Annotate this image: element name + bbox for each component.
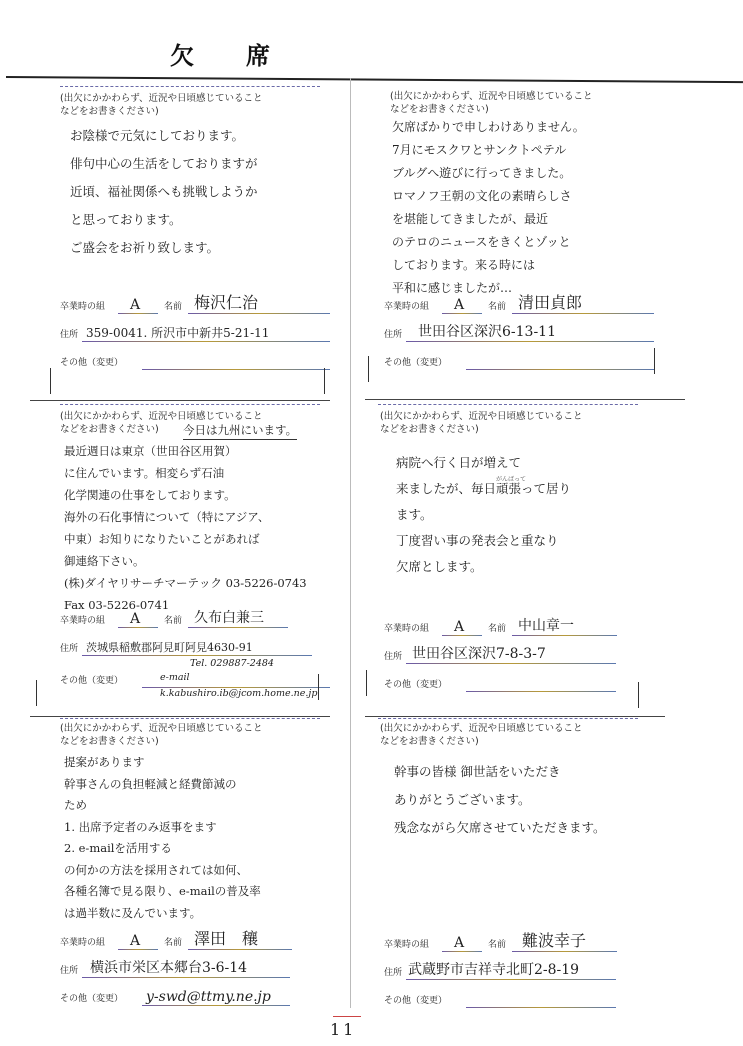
other-label: その他（変更） <box>384 993 447 1006</box>
response-card-kabushiro: (出欠にかかわらず、近況や日頃感じていること などをお書きください) 今日は九州… <box>40 404 340 714</box>
card-separator <box>30 716 330 717</box>
name-label: 名前 <box>164 613 182 626</box>
name-underline <box>512 635 617 636</box>
class-label: 卒業時の組 <box>384 299 429 312</box>
address-row: 住所 359-0041. 所沢市中新井5-21-11 <box>60 322 330 344</box>
name-value: 清田貞郎 <box>518 290 582 313</box>
address-underline <box>406 979 616 980</box>
card-prompt: (出欠にかかわらず、近況や日頃感じていること などをお書きください) <box>380 722 650 748</box>
card-message: お陰様で元気にしております。 俳句中心の生活をしておりますが 近頃、福祉関係へも… <box>70 122 332 262</box>
address-label: 住所 <box>60 963 78 976</box>
class-underline <box>118 627 158 628</box>
address-value: 横浜市栄区本郷台3-6-14 <box>90 957 247 977</box>
card-message: 幹事の皆様 御世話をいただき ありがとうございます。 残念ながら欠席させていただ… <box>394 758 656 842</box>
address-underline <box>82 341 330 342</box>
other-row: その他（変更） <box>384 988 654 1010</box>
name-underline <box>512 951 617 952</box>
card-corner-mark <box>318 674 319 700</box>
name-value: 久布白兼三 <box>194 607 264 627</box>
other-underline <box>466 691 616 692</box>
class-underline <box>118 313 158 314</box>
card-message: 欠席ばかりで申しわけありません。 7月にモスクワとサンクトペテル ブルグへ遊びに… <box>392 116 654 300</box>
card-corner-mark <box>36 680 37 706</box>
name-underline <box>512 313 654 314</box>
class-value: A <box>454 297 464 313</box>
class-underline <box>118 949 158 950</box>
address-value: 世田谷区深沢7-8-3-7 <box>412 643 546 663</box>
page-number: 11 <box>330 1020 356 1039</box>
name-value: 澤田 穰 <box>194 926 258 949</box>
address-underline <box>82 977 290 978</box>
response-card-sawada: (出欠にかかわらず、近況や日頃感じていること などをお書きください) 提案があり… <box>40 718 340 1018</box>
card-prompt: (出欠にかかわらず、近況や日頃感じていること などをお書きください) <box>380 410 650 436</box>
class-label: 卒業時の組 <box>60 935 105 948</box>
other-label: その他（変更） <box>60 673 123 686</box>
class-name-row: 卒業時の組 A 名前 清田貞郎 <box>384 294 654 316</box>
class-name-row: 卒業時の組 A 名前 久布白兼三 <box>60 608 330 630</box>
class-value: A <box>454 935 464 951</box>
card-corner-mark <box>638 682 639 708</box>
card-dashed-edge <box>378 404 638 405</box>
address-underline <box>82 655 312 656</box>
name-label: 名前 <box>488 299 506 312</box>
card-separator <box>30 400 330 401</box>
class-name-row: 卒業時の組 A 名前 梅沢仁治 <box>60 294 330 316</box>
name-value: 難波幸子 <box>522 928 586 951</box>
address-value: 359-0041. 所沢市中新井5-21-11 <box>86 324 269 341</box>
address-value: 茨城県稲敷郡阿見町阿見4630-91 <box>86 639 253 655</box>
card-corner-mark <box>50 368 51 394</box>
name-underline <box>188 949 292 950</box>
name-value: 梅沢仁治 <box>194 290 258 313</box>
name-label: 名前 <box>164 299 182 312</box>
address-label: 住所 <box>384 649 402 662</box>
column-divider <box>350 78 351 1008</box>
other-row: その他（変更） e-mail k.kabushiro.ib@jcom.home.… <box>60 668 330 690</box>
response-card-umezawa: (出欠にかかわらず、近況や日頃感じていること などをお書きください) お陰様で元… <box>40 86 340 386</box>
name-label: 名前 <box>488 937 506 950</box>
class-underline <box>442 635 482 636</box>
inline-note: 今日は九州にいます。 <box>183 422 297 440</box>
class-label: 卒業時の組 <box>384 621 429 634</box>
card-dashed-edge <box>60 404 320 405</box>
card-message: 最近週日は東京（世田谷区用賀） に住んでいます。相変らず石油 化学関連の仕事をし… <box>64 440 326 616</box>
address-row: 住所 世田谷区深沢7-8-3-7 <box>384 644 654 666</box>
card-corner-mark <box>324 368 325 394</box>
name-underline <box>188 313 330 314</box>
class-label: 卒業時の組 <box>60 613 105 626</box>
class-label: 卒業時の組 <box>60 299 105 312</box>
other-underline <box>466 1007 616 1008</box>
class-value: A <box>454 619 464 635</box>
other-row: その他（変更） y-swd@ttmy.ne.jp <box>60 986 330 1008</box>
card-separator <box>365 399 685 400</box>
card-message: 病院へ行く日が増えて 来ましたが、毎日頑張って居り ます。 丁度習い事の発表会と… <box>396 450 658 580</box>
class-underline <box>442 951 482 952</box>
card-prompt: (出欠にかかわらず、近況や日頃感じていること などをお書きください) <box>60 722 330 748</box>
class-name-row: 卒業時の組 A 名前 中山章一 <box>384 616 654 638</box>
name-underline <box>188 627 288 628</box>
address-value: 武蔵野市吉祥寺北町2-8-19 <box>408 959 579 979</box>
name-label: 名前 <box>164 935 182 948</box>
other-label: その他（変更） <box>60 355 123 368</box>
other-label: その他（変更） <box>384 677 447 690</box>
other-label: その他（変更） <box>60 991 123 1004</box>
address-label: 住所 <box>60 641 78 654</box>
card-corner-mark <box>366 670 367 696</box>
other-value: y-swd@ttmy.ne.jp <box>146 989 271 1005</box>
class-name-row: 卒業時の組 A 名前 難波幸子 <box>384 932 654 954</box>
address-underline <box>406 341 654 342</box>
name-value: 中山章一 <box>518 615 574 635</box>
page-number-mark <box>333 1016 361 1017</box>
page-title: 欠 席 <box>170 36 284 71</box>
name-label: 名前 <box>488 621 506 634</box>
other-row: その他（変更） <box>60 350 330 372</box>
class-label: 卒業時の組 <box>384 937 429 950</box>
card-corner-mark <box>368 356 369 382</box>
address-row: 住所 世田谷区深沢6-13-11 <box>384 322 654 344</box>
address-label: 住所 <box>384 965 402 978</box>
card-dashed-edge <box>60 86 320 87</box>
card-corner-mark <box>654 348 655 374</box>
other-underline <box>142 369 330 370</box>
address-label: 住所 <box>60 327 78 340</box>
card-prompt: (出欠にかかわらず、近況や日頃感じていること などをお書きください) <box>390 90 660 116</box>
class-underline <box>442 313 482 314</box>
card-dashed-edge <box>378 718 638 719</box>
response-card-namba: (出欠にかかわらず、近況や日頃感じていること などをお書きください) 幹事の皆様… <box>370 718 670 1018</box>
top-rule-divider <box>6 76 743 83</box>
card-prompt: (出欠にかかわらず、近況や日頃感じていること などをお書きください) <box>60 92 330 118</box>
address-row: 住所 武蔵野市吉祥寺北町2-8-19 <box>384 960 654 982</box>
address-row: 住所 横浜市栄区本郷台3-6-14 <box>60 958 330 980</box>
class-name-row: 卒業時の組 A 名前 澤田 穰 <box>60 930 330 952</box>
other-underline <box>466 369 654 370</box>
other-value: e-mail k.kabushiro.ib@jcom.home.ne.jp <box>160 670 310 702</box>
other-label: その他（変更） <box>384 355 447 368</box>
card-message: 提案があります 幹事さんの負担軽減と経費節減の ため 1. 出席予定者のみ返事を… <box>64 752 326 924</box>
response-card-seita: (出欠にかかわらず、近況や日頃感じていること などをお書きください) 欠席ばかり… <box>370 86 670 386</box>
other-row: その他（変更） <box>384 350 654 372</box>
other-row: その他（変更） <box>384 672 654 694</box>
card-separator <box>365 716 665 717</box>
address-label: 住所 <box>384 327 402 340</box>
address-underline <box>406 663 616 664</box>
address-value: 世田谷区深沢6-13-11 <box>418 321 556 341</box>
other-underline <box>142 1005 290 1006</box>
response-card-nakayama: (出欠にかかわらず、近況や日頃感じていること などをお書きください) がんばって… <box>370 404 670 714</box>
class-value: A <box>130 611 140 627</box>
class-value: A <box>130 933 140 949</box>
address-row: 住所 茨城県稲敷郡阿見町阿見4630-91 <box>60 636 330 658</box>
class-value: A <box>130 297 140 313</box>
card-dashed-edge <box>60 718 320 719</box>
